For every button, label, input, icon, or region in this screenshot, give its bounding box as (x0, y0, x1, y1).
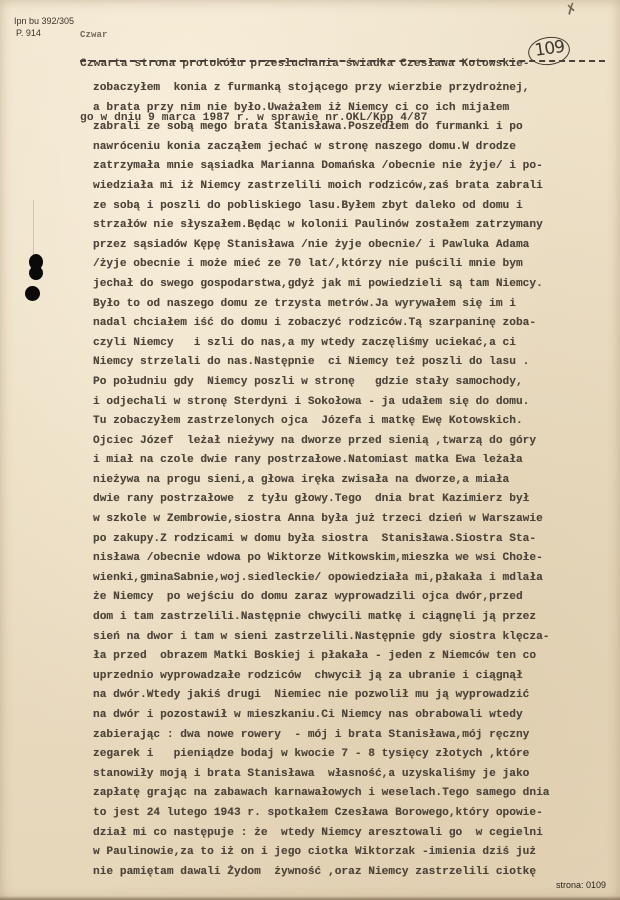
body-line: Po południu gdy Niemcy poszli w stronę g… (93, 373, 613, 393)
body-line: że Niemcy po wejściu do domu zaraz wypro… (93, 588, 613, 608)
body-line: /żyje obecnie i może mieć ze 70 lat/,któ… (93, 255, 613, 275)
body-line: przez sąsiadów Kępę Stanisława /nie żyje… (93, 236, 613, 256)
body-line: to jest 24 lutego 1943 r. spotkałem Czes… (93, 804, 613, 824)
body-line: zapłatę grając na zabawach karnawałowych… (93, 784, 613, 804)
body-line: stanowiły moją i brata Stanisława własno… (93, 765, 613, 785)
punch-hole (25, 286, 40, 301)
body-line: Tu zobaczyłem zastrzelonych ojca Józefa … (93, 412, 613, 432)
body-line: zatrzymała mnie sąsiadka Marianna Domańs… (93, 157, 613, 177)
document-page: Ipn bu 392/305 P. 914 Czwarta strona pro… (0, 0, 620, 900)
handwritten-page-number-text: 109 (533, 37, 565, 61)
body-line: w szkole w Zembrowie,siostra Anna była j… (93, 510, 613, 530)
body-line: czyli Niemcy i szli do nas,a my wtedy za… (93, 334, 613, 354)
body-line: nieżywa na progu sieni,a głowa iręka zwi… (93, 471, 613, 491)
body-line: na dwór.Wtedy jakiś drugi Niemiec nie po… (93, 686, 613, 706)
header-divider (80, 60, 605, 62)
archive-reference: Ipn bu 392/305 P. 914 (14, 15, 74, 39)
body-line: a brata przy nim nie było.Uważałem iż Ni… (93, 99, 613, 119)
handwritten-corner-mark: ✗ (563, 0, 588, 17)
body-line: zegarek i pieniądze bodaj w kwocie 7 - 8… (93, 745, 613, 765)
body-line: nawróceniu konia zacząłem jechać w stron… (93, 138, 613, 158)
body-line: jechał do swego gospodarstwa,gdyż jak mi… (93, 275, 613, 295)
archive-reference-line2: P. 914 (14, 27, 74, 39)
body-line: uprzednio wyprowadzałe rodziców chwycił … (93, 667, 613, 687)
page-bottom-edge (0, 896, 620, 900)
body-line: dział mi co następuje : że wtedy Niemcy … (93, 824, 613, 844)
body-line: po zakupy.Z rodzicami w domu była siostr… (93, 530, 613, 550)
body-line: ła przed obrazem Matki Boskiej i płakała… (93, 647, 613, 667)
body-line: na dwór i pozostawił w mieszkaniu.Ci Nie… (93, 706, 613, 726)
body-line: i miał na czole dwie rany postrzałowe.Na… (93, 451, 613, 471)
body-line: zobaczyłem konia z furmanką stojącego pr… (93, 79, 613, 99)
body-line: zabrali ze sobą mego brata Stanisława.Po… (93, 118, 613, 138)
body-line: wiedziała mi iż Niemcy zastrzelili moich… (93, 177, 613, 197)
body-line: w Paulinowie,za to iż on i jego ciotka W… (93, 843, 613, 863)
body-line: nie pamiętam dawali Żydom żywność ,oraz … (93, 863, 613, 883)
body-line: sień na dwor i tam w sieni zastrzelili.N… (93, 628, 613, 648)
body-line: Ojciec Józef leżał nieżywy na dworze prz… (93, 432, 613, 452)
body-line: Niemcy strzelali do nas.Następnie ci Nie… (93, 353, 613, 373)
body-line: i odjechali w stronę Sterdyni i Sokołowa… (93, 393, 613, 413)
body-line: dwie rany postrzałowe z tyłu głowy.Tego … (93, 490, 613, 510)
archive-reference-line1: Ipn bu 392/305 (14, 15, 74, 27)
body-line: ze sobą i poszli do pobliskiego lasu.Był… (93, 197, 613, 217)
body-line: nisława /obecnie wdowa po Wiktorze Witko… (93, 549, 613, 569)
header-overstrike: Czwar (80, 26, 108, 44)
body-line: dom i tam zastrzelili.Następnie chwycili… (93, 608, 613, 628)
page-number-label: strona: 0109 (556, 880, 606, 890)
header-line-1: Czwarta strona protokółu przesłuchania ś… (80, 55, 590, 73)
body-line: Było to od naszego domu ze trzysta metró… (93, 295, 613, 315)
document-body: zobaczyłem konia z furmanką stojącego pr… (93, 79, 613, 882)
body-line: wienki,gminaSabnie,woj.siedleckie/ opowi… (93, 569, 613, 589)
body-line: strzałów nie słyszałem.Będąc w kolonii P… (93, 216, 613, 236)
fold-line (33, 200, 34, 260)
body-line: zabierając : dwa nowe rowery - mój i bra… (93, 726, 613, 746)
punch-hole (29, 266, 43, 280)
body-line: nadal chciałem iść do domu i zobaczyć ro… (93, 314, 613, 334)
